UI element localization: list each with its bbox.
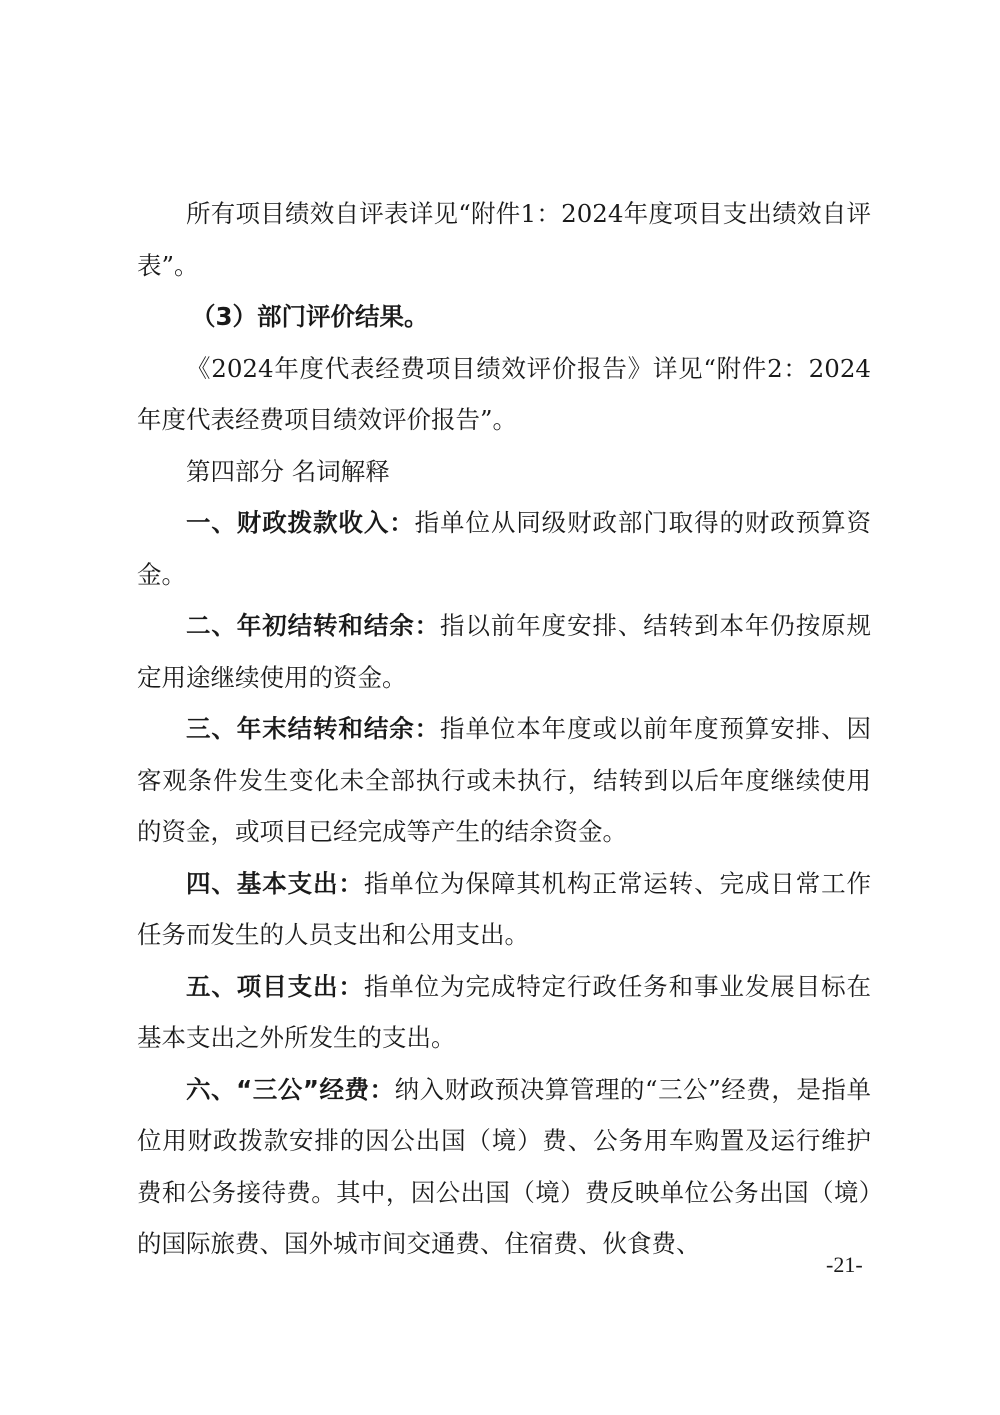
definition-term: 三、年末结转和结余： (186, 714, 440, 743)
definition-term: 四、基本支出： (186, 869, 364, 898)
definition-fiscal-appropriation-income: 一、财政拨款收入：指单位从同级财政部门取得的财政预算资金。 (137, 497, 871, 600)
paragraph-attachment-1: 所有项目绩效自评表详见“附件1：2024年度项目支出绩效自评表”。 (137, 188, 871, 291)
definition-term: 五、项目支出： (186, 972, 364, 1001)
definition-term: 二、年初结转和结余： (186, 611, 440, 640)
paragraph-attachment-2: 《2024年度代表经费项目绩效评价报告》详见“附件2：2024年度代表经费项目绩… (137, 343, 871, 446)
definition-beginning-carryover: 二、年初结转和结余：指以前年度安排、结转到本年仍按原规定用途继续使用的资金。 (137, 600, 871, 703)
definition-project-expenditure: 五、项目支出：指单位为完成特定行政任务和事业发展目标在基本支出之外所发生的支出。 (137, 961, 871, 1064)
section-heading-department-evaluation: （3）部门评价结果。 (137, 291, 871, 343)
definition-term: 六、“三公”经费： (186, 1075, 395, 1104)
page-number: -21- (826, 1252, 863, 1278)
document-page: 所有项目绩效自评表详见“附件1：2024年度项目支出绩效自评表”。 （3）部门评… (137, 188, 871, 1270)
definition-term: 一、财政拨款收入： (186, 508, 415, 537)
part-heading-glossary: 第四部分 名词解释 (137, 446, 871, 498)
definition-three-public-expenses: 六、“三公”经费：纳入财政预决算管理的“三公”经费，是指单位用财政拨款安排的因公… (137, 1064, 871, 1270)
definition-basic-expenditure: 四、基本支出：指单位为保障其机构正常运转、完成日常工作任务而发生的人员支出和公用… (137, 858, 871, 961)
definition-year-end-carryover: 三、年末结转和结余：指单位本年度或以前年度预算安排、因客观条件发生变化未全部执行… (137, 703, 871, 858)
